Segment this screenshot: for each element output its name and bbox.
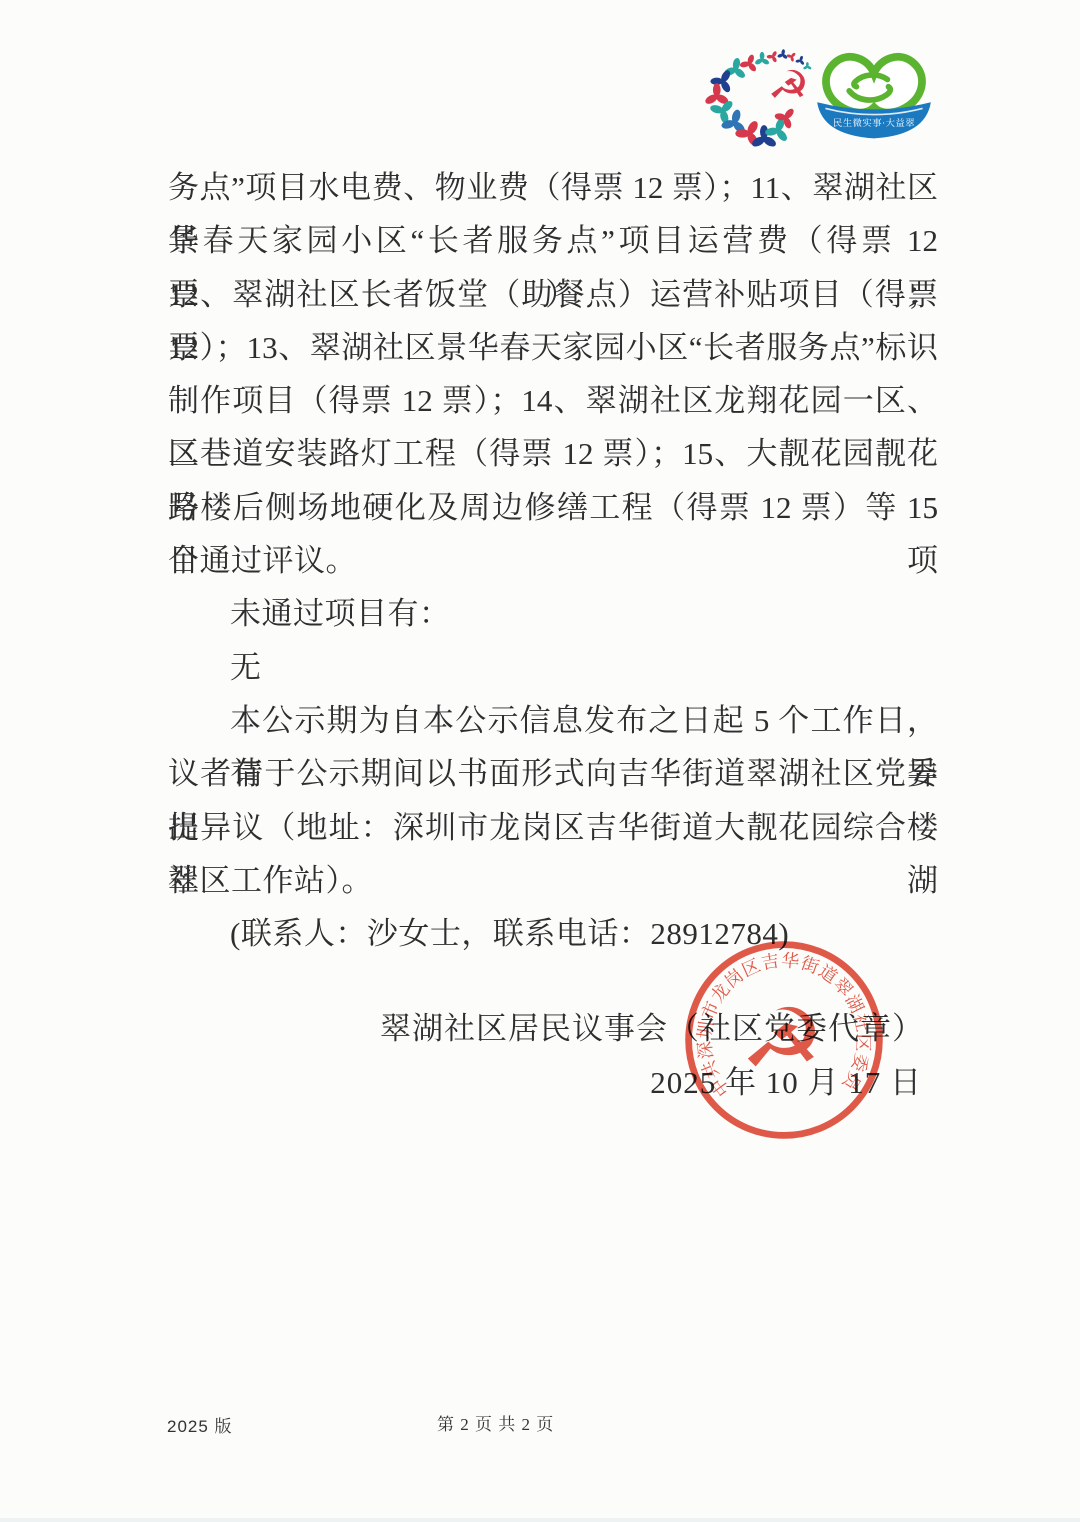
body-line: 无 [168,641,938,694]
body-line: 12、翠湖社区长者饭堂（助餐点）运营补贴项目（得票 12 [168,268,938,321]
footer-page-info: 第 2 页 共 2 页 [437,1410,554,1435]
scanned-notice-page: ☭ 民生微实事·大益翠 务点”项目水电费、物业费（得票 12 票）；11、翠湖社… [0,0,1080,1522]
minsheng-logo: 民生微实事·大益翠 [812,44,936,148]
footer-version: 2025 版 [167,1412,233,1437]
body-line: 出异议（地址：深圳市龙岗区吉华街道大靓花园综合楼翠湖 [168,801,938,854]
minsheng-slogan: 民生微实事·大益翠 [833,117,915,129]
body-line: 华春天家园小区“长者服务点”项目运营费（得票 12 票）； [168,214,938,267]
body-line: 务点”项目水电费、物业费（得票 12 票）；11、翠湖社区景 [168,161,938,214]
party-heart-logo: ☭ [702,44,830,158]
signature-block: 翠湖社区居民议事会（社区党委代章） 2025 年 10 月 17 日 [168,1002,938,1110]
body-line: 议者请于公示期间以书面形式向吉华街道翠湖社区党委提 [168,747,938,800]
heart-icon [826,57,922,113]
signature-org: 翠湖社区居民议事会（社区党委代章） [168,1002,938,1056]
body-line: 号楼后侧场地硬化及周边修缮工程（得票 12 票）等 15 个项 [168,481,938,534]
body-line: 区巷道安装路灯工程（得票 12 票）；15、大靓花园靓花路 5 [168,427,938,480]
body-line: 票）；13、翠湖社区景华春天家园小区“长者服务点”标识 [168,321,938,374]
body-line: 制作项目（得票 12 票）；14、翠湖社区龙翔花园一区、二 [168,374,938,427]
body-line: 本公示期为自本公示信息发布之日起 5 个工作日，有异 [168,694,938,747]
body-line: (联系人：沙女士，联系电话：28912784) [168,907,938,960]
body-line: 未通过项目有： [168,587,938,640]
signature-date: 2025 年 10 月 17 日 [168,1056,938,1110]
hammer-sickle-icon: ☭ [764,58,814,116]
notice-body-text: 务点”项目水电费、物业费（得票 12 票）；11、翠湖社区景华春天家园小区“长者… [168,161,938,960]
